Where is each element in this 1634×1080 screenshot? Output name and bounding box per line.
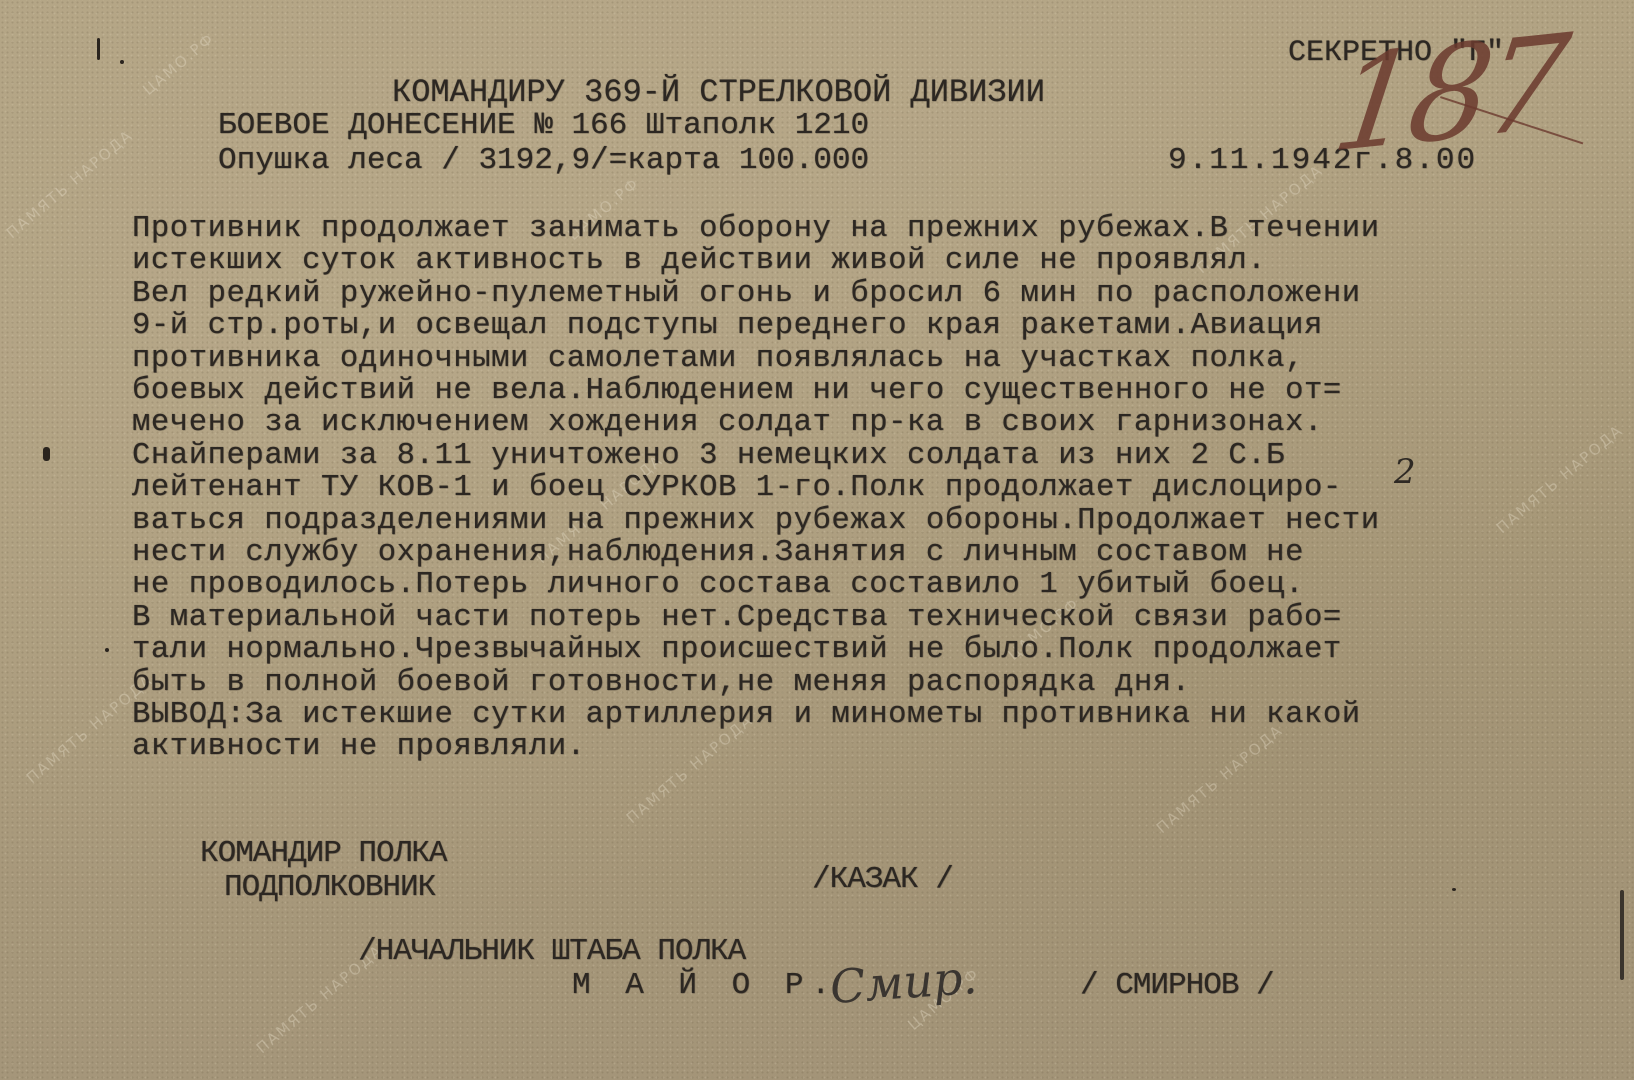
report-body-line: 9-й стр.роты,и освещал подступы переднег… — [132, 309, 1323, 343]
report-body-line: тали нормально.Чрезвычайных происшествий… — [132, 633, 1342, 667]
report-body-line: лейтенант ТУ КОВ-1 и боец СУРКОВ 1-го.По… — [132, 471, 1342, 505]
report-body-line: ВЫВОД:За истекшие сутки артиллерия и мин… — [132, 698, 1361, 732]
chief-of-staff-title: /НАЧАЛЬНИК ШТАБА ПОЛКА — [358, 934, 745, 969]
addressee: КОМАНДИРУ 369-Й СТРЕЛКОВОЙ ДИВИЗИИ — [392, 74, 1045, 111]
report-body-line: боевых действий не вела.Наблюдением ни ч… — [132, 374, 1342, 408]
report-body-line: истекших суток активность в действии жив… — [132, 244, 1266, 278]
commander-name: /КАЗАК / — [812, 862, 953, 897]
ink-mark — [43, 447, 50, 461]
archive-sheet-number: 187 — [1325, 7, 1571, 183]
commander-rank: ПОДПОЛКОВНИК — [224, 870, 435, 905]
report-body-line: Вел редкий ружейно-пулеметный огонь и бр… — [132, 277, 1361, 311]
paper-edge — [1620, 890, 1624, 980]
watermark: ПАМЯТЬ НАРОДА — [3, 126, 137, 242]
archival-document-page: ЦАМО.РФ ПАМЯТЬ НАРОДА ЦАМО.РФ ПАМЯТЬ НАР… — [0, 0, 1634, 1080]
handwritten-correction: 2 — [1394, 452, 1416, 492]
watermark: ЦАМО.РФ — [139, 29, 218, 99]
ink-mark — [97, 38, 100, 60]
report-body-line: Снайперами за 8.11 уничтожено 3 немецких… — [132, 439, 1285, 473]
report-body-line: мечено за исключением хождения солдат пр… — [132, 406, 1323, 440]
chief-of-staff-name: / СМИРНОВ / — [1080, 968, 1274, 1003]
report-body-line: нести службу охранения,наблюдения.Заняти… — [132, 536, 1304, 570]
report-location: Опушка леса / 3192,9/=карта 100.000 — [218, 143, 869, 178]
ink-speck — [105, 648, 109, 652]
report-body-line: не проводилось.Потерь личного состава со… — [132, 568, 1304, 602]
report-body-line: быть в полной боевой готовности,не меняя… — [132, 666, 1191, 700]
report-body-line: активности не проявляли. — [132, 730, 586, 764]
report-body-line: В материальной части потерь нет.Средства… — [132, 601, 1342, 635]
report-body-line: Противник продолжает занимать оборону на… — [132, 212, 1380, 246]
ink-speck — [1452, 888, 1456, 891]
watermark: ПАМЯТЬ НАРОДА — [1493, 421, 1627, 537]
commander-title: КОМАНДИР ПОЛКА — [200, 836, 446, 871]
watermark: ПАМЯТЬ НАРОДА — [1153, 721, 1287, 837]
ink-speck — [120, 60, 124, 64]
report-body-line: ваться подразделениями на прежних рубежа… — [132, 504, 1380, 538]
report-body-line: противника одиночными самолетами появлял… — [132, 342, 1304, 376]
chief-of-staff-signature: Смир. — [828, 950, 978, 1014]
chief-of-staff-rank: М А Й О Р. — [572, 968, 838, 1003]
report-title: БОЕВОЕ ДОНЕСЕНИЕ № 166 Штаполк 1210 — [218, 108, 869, 143]
